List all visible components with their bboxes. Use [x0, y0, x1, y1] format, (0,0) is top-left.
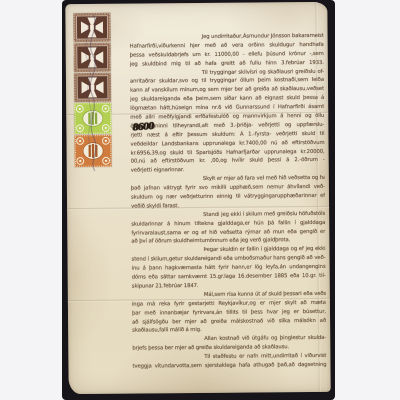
background: Jeg undirritaður,Ásmundur Jónsson bakara… — [0, 0, 400, 400]
revenue-stamp-brown-2 — [74, 43, 111, 72]
stamp-column — [73, 13, 112, 168]
handwritten-correction: 8600 — [132, 122, 154, 134]
document-line: tveggja vitundarvotta,sem sjerstaklega h… — [132, 361, 326, 372]
paper-document: Jeg undirritaður,Ásmundur Jónsson bakara… — [65, 2, 330, 394]
revenue-stamp-orange — [74, 135, 111, 167]
page: { "page": { "background_color": "#f4f4f6… — [0, 0, 400, 400]
typewritten-text: Jeg undirritaður,Ásmundur Jónsson bakara… — [130, 32, 327, 378]
revenue-stamp-brown-3 — [74, 73, 111, 102]
document-line: dóms eða sáttar samkvæmt 15.gr.laga 16.d… — [132, 272, 326, 283]
document-line: skuldum og nær veðrjetturinn einnig til … — [131, 192, 325, 203]
revenue-stamp-green — [74, 103, 111, 134]
revenue-stamp-brown-1 — [73, 13, 110, 42]
document-photo[interactable]: Jeg undirritaður,Ásmundur Jónsson bakara… — [62, 0, 335, 400]
